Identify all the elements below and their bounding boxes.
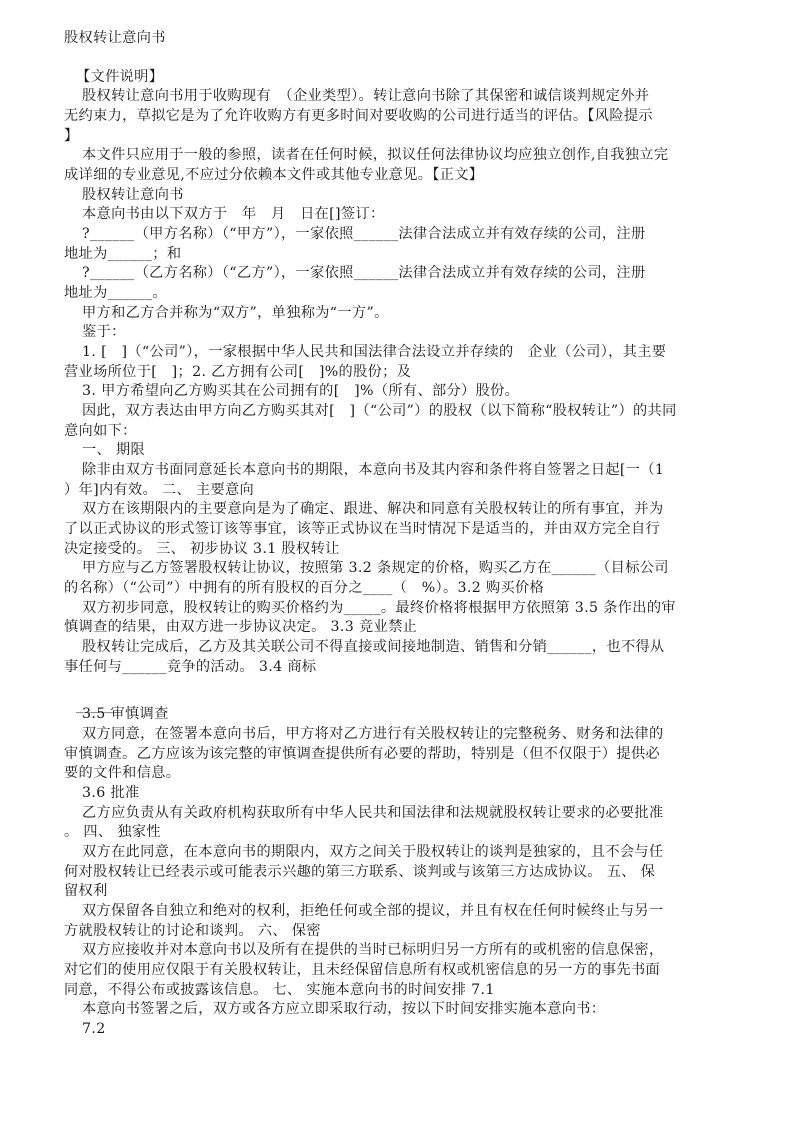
document-line: 本文件只应用于一般的参照，读者在任何时候，拟议任何法律协议均应独立创作,自我独立… bbox=[82, 146, 668, 164]
document-line: 本意向书由以下双方于 年 月 日在[]签订： bbox=[82, 205, 385, 223]
document-line: 双方在该期限内的主要意向是为了确定、跟进、解决和同意有关股权转让的所有事宜，并为 bbox=[82, 500, 664, 518]
document-page: 股权转让意向书【文件说明】股权转让意向书用于收购现有 （企业类型）。转让意向书除… bbox=[0, 0, 794, 1123]
document-line: 事任何与______竞争的活动。 3.4 商标 bbox=[64, 658, 316, 676]
document-line: 除非由双方书面同意延长本意向书的期限，本意向书及其内容和条件将自签署之日起[一（… bbox=[82, 461, 664, 479]
document-line: 何对股权转让已经表示或可能表示兴趣的第三方联系、谈判或与该第三方达成协议。 五、… bbox=[64, 863, 655, 881]
document-line: 了以正式协议的形式签订该等事宜，该等正式协议在当时情况下是适当的，并由双方完全自… bbox=[64, 520, 660, 538]
document-line: ）年]内有效。 二、 主要意向 bbox=[64, 481, 254, 499]
document-line: 3. 甲方希望向乙方购买其在公司拥有的[ ]%（所有、部分）股份。 bbox=[82, 382, 519, 400]
document-line: 因此，双方表达由甲方向乙方购买其对[ ]（“公司”）的股权（以下简称“股权转让”… bbox=[82, 402, 677, 420]
document-line: 鉴于： bbox=[82, 323, 126, 341]
document-line: 要的文件和信息。 bbox=[64, 764, 180, 782]
document-line: ?______（乙方名称）（“乙方”），一家依照______法律合法成立并有效存… bbox=[82, 264, 646, 282]
document-line: 股权转让意向书 bbox=[82, 186, 184, 204]
document-line: 地址为______。 bbox=[64, 284, 167, 302]
document-line: 意向如下： bbox=[64, 422, 137, 440]
document-line: 7.2 bbox=[82, 1020, 106, 1038]
document-line: 一、 期限 bbox=[82, 441, 145, 459]
document-line: 双方初步同意，股权转让的购买价格约为_____。最终价格将根据甲方依照第 3.5… bbox=[82, 599, 676, 617]
document-line: 决定接受的。 三、 初步协议 3.1 股权转让 bbox=[64, 540, 340, 558]
document-line: 同意，不得公布或披露该信息。 七、 实施本意向书的时间安排 7.1 bbox=[64, 981, 495, 999]
document-line: 成详细的专业意见,不应过分依赖本文件或其他专业意见。【正文】 bbox=[64, 166, 483, 184]
document-line: 股权转让完成后，乙方及其关联公司不得直接或间接地制造、销售和分销______，也… bbox=[82, 638, 665, 656]
document-line: 慎调查的结果，由双方进一步协议决定。 3.3 竞业禁止 bbox=[64, 618, 417, 636]
document-line: 。 四、 独家性 bbox=[64, 823, 161, 841]
document-line: 留权利 bbox=[64, 882, 108, 900]
document-title: 股权转让意向书 bbox=[64, 29, 166, 47]
document-line: 甲方应与乙方签署股权转让协议，按照第 3.2 条规定的价格，购买乙方在_____… bbox=[82, 559, 669, 577]
document-line: 双方在此同意，在本意向书的期限内，双方之间关于股权转让的谈判是独家的，且不会与任 bbox=[82, 843, 664, 861]
document-line: 乙方应负责从有关政府机构获取所有中华人民共和国法律和法规就股权转让要求的必要批准 bbox=[82, 804, 664, 822]
document-line: 无约束力，草拟它是为了允许收购方有更多时间对要收购的公司进行适当的评估。【风险提… bbox=[64, 107, 653, 125]
document-line: 地址为______；和 bbox=[64, 245, 181, 263]
document-line: 的名称）（“公司”）中拥有的所有股权的百分之____（ %）。3.2 购买价格 bbox=[64, 579, 544, 597]
document-line: 双方保留各自独立和绝对的权利，拒绝任何或全部的提议，并且有权在任何时候终止与另一 bbox=[82, 902, 664, 920]
document-line: 双方应接收并对本意向书以及所有在提供的当时已标明归另一方所有的或机密的信息保密， bbox=[82, 941, 664, 959]
document-line: 双方同意，在签署本意向书后，甲方将对乙方进行有关股权转让的完整税务、财务和法律的 bbox=[82, 725, 664, 743]
document-line: 本意向书签署之后，双方或各方应立即采取行动，按以下时间安排实施本意向书： bbox=[82, 1000, 605, 1018]
document-line: ?______（甲方名称）（“甲方”），一家依照______法律合法成立并有效存… bbox=[82, 225, 646, 243]
document-line: 【文件说明】 bbox=[76, 68, 163, 86]
document-line: 对它们的使用应仅限于有关股权转让，且未经保留信息所有权或机密信息的另一方的事先书… bbox=[64, 961, 660, 979]
document-line: 3.5 审慎调查 bbox=[82, 705, 169, 723]
document-line: 3.6 批准 bbox=[82, 784, 140, 802]
document-line: 方就股权转让的讨论和谈判。 六、 保密 bbox=[64, 922, 321, 940]
document-line: 甲方和乙方合并称为“双方”，单独称为“一方”。 bbox=[82, 304, 389, 322]
document-line: 股权转让意向书用于收购现有 （企业类型）。转让意向书除了其保密和诚信谈判规定外并 bbox=[82, 87, 649, 105]
document-line: 审慎调查。乙方应该为该完整的审慎调查提供所有必要的帮助，特别是（但不仅限于）提供… bbox=[64, 745, 660, 763]
document-line: 】 bbox=[64, 127, 79, 145]
document-line: 营业场所位于[ ]；2. 乙方拥有公司[ ]%的股份；及 bbox=[64, 363, 411, 381]
document-line: 1. [ ]（“公司”），一家根据中华人民共和国法律合法设立并存续的 企业（公司… bbox=[82, 343, 666, 361]
